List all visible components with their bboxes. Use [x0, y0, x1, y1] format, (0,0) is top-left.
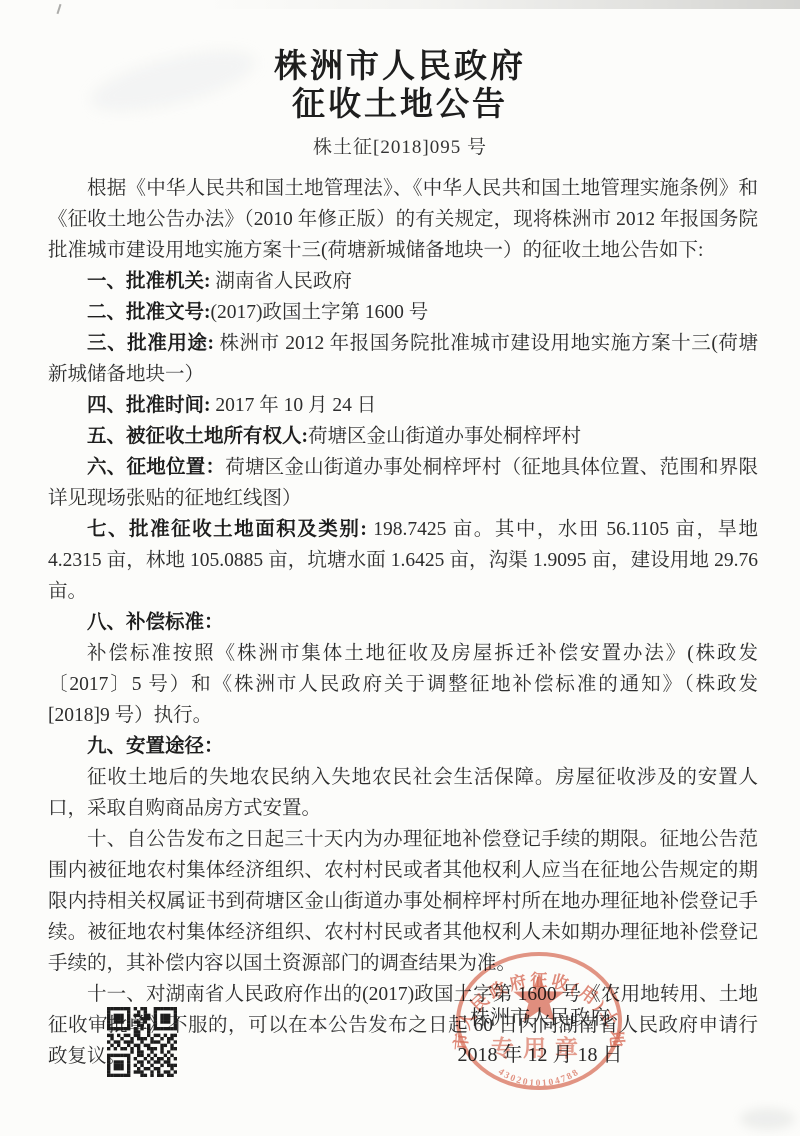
item-label: 三、批准用途:: [87, 333, 214, 354]
item-text: 征收土地后的失地农民纳入失地农民社会生活保障。房屋征收涉及的安置人口，采取自购商…: [48, 767, 758, 819]
item-text: 补偿标准按照《株洲市集体土地征收及房屋拆迁补偿安置办法》(株政发〔2017〕5 …: [48, 643, 758, 726]
item-text: 十、自公告发布之日起三十天内为办理征地补偿登记手续的期限。征地公告范围内被征地农…: [48, 829, 758, 974]
scanned-document-page: 株洲市人民政府 征收土地公告 株土征[2018]095 号 根据《中华人民共和国…: [0, 0, 800, 1136]
paragraph-item-1: 一、批准机关: 湖南省人民政府: [48, 266, 758, 297]
paragraph-item-2: 二、批准文号:(2017)政国土字第 1600 号: [48, 297, 758, 328]
paragraph-compensation: 补偿标准按照《株洲市集体土地征收及房屋拆迁补偿安置办法》(株政发〔2017〕5 …: [48, 638, 758, 731]
item-label: 九、安置途径：: [87, 736, 224, 757]
paragraph-item-3: 三、批准用途: 株洲市 2012 年报国务院批准城市建设用地实施方案十三(荷塘新…: [48, 328, 758, 390]
signature-block: 株洲市人民政府 2018 年 12 月 18 日: [428, 1000, 652, 1074]
scan-artifact-smudge-bottom: [740, 1108, 795, 1130]
item-text: (2017)政国土字第 1600 号: [211, 302, 429, 323]
document-body: 根据《中华人民共和国土地管理法》、《中华人民共和国土地管理实施条例》和《征收土地…: [48, 173, 758, 1072]
item-label: 五、被征收土地所有权人:: [87, 426, 308, 447]
item-label: 八、补偿标准：: [87, 612, 224, 633]
paragraph-item-9: 九、安置途径：: [48, 731, 758, 762]
paragraph-item-5: 五、被征收土地所有权人:荷塘区金山街道办事处桐梓坪村: [48, 421, 758, 452]
paragraph-resettlement: 征收土地后的失地农民纳入失地农民社会生活保障。房屋征收涉及的安置人口，采取自购商…: [48, 762, 758, 824]
paragraph-item-8: 八、补偿标准：: [48, 607, 758, 638]
paragraph-intro: 根据《中华人民共和国土地管理法》、《中华人民共和国土地管理实施条例》和《征收土地…: [48, 173, 758, 266]
item-text: 湖南省人民政府: [211, 271, 352, 292]
item-label: 七、批准征收土地面积及类别:: [87, 519, 367, 540]
signature-date: 2018 年 12 月 18 日: [428, 1037, 652, 1074]
paragraph-item-4: 四、批准时间: 2017 年 10 月 24 日: [48, 390, 758, 421]
signature-org: 株洲市人民政府: [428, 1000, 652, 1037]
item-label: 六、征地位置：: [87, 457, 225, 478]
item-label: 四、批准时间:: [87, 395, 211, 416]
paragraph-item-10: 十、自公告发布之日起三十天内为办理征地补偿登记手续的期限。征地公告范围内被征地农…: [48, 824, 758, 979]
paragraph-item-6: 六、征地位置：荷塘区金山街道办事处桐梓坪村（征地具体位置、范围和界限详见现场张贴…: [48, 452, 758, 514]
qr-modules: [107, 1007, 177, 1077]
document-number: 株土征[2018]095 号: [0, 132, 800, 159]
qr-code: [107, 1007, 177, 1077]
paragraph-item-7: 七、批准征收土地面积及类别: 198.7425 亩。其中，水田 56.1105 …: [48, 514, 758, 607]
item-text: 2017 年 10 月 24 日: [211, 395, 377, 416]
item-text: 根据《中华人民共和国土地管理法》、《中华人民共和国土地管理实施条例》和《征收土地…: [48, 178, 758, 261]
item-label: 一、批准机关:: [87, 271, 211, 292]
item-text: 荷塘区金山街道办事处桐梓坪村: [308, 426, 581, 447]
item-label: 二、批准文号:: [87, 302, 211, 323]
